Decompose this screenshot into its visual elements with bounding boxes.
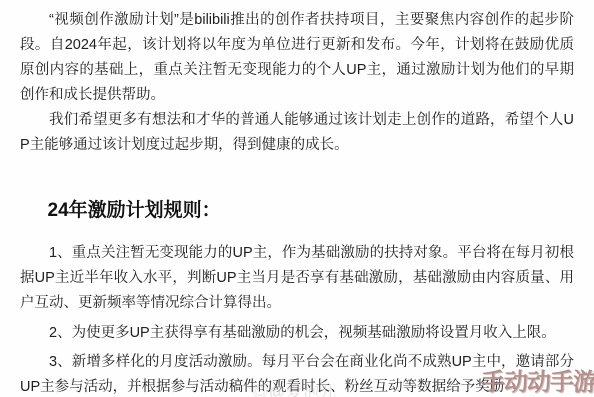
article-page: “视频创作激励计划”是bilibili推出的创作者扶持项目，主要聚焦内容创作的起…: [0, 0, 594, 397]
intro-paragraph-1: “视频创作激励计划”是bilibili推出的创作者扶持项目，主要聚焦内容创作的起…: [20, 8, 574, 108]
intro-paragraph-2: 我们希望更多有想法和才华的普通人能够通过该计划走上创作的道路，希望个人UP主能够…: [20, 108, 574, 158]
rule-item-3: 3、新增多样化的月度活动激励。每月平台会在商业化尚不成熟UP主中，邀请部分UP主…: [20, 350, 574, 397]
rule-item-1: 1、重点关注暂无变现能力的UP主，作为基础激励的扶持对象。平台将在每月初根据UP…: [20, 241, 574, 316]
rules-heading: 24年激励计划规则：: [20, 198, 574, 224]
rule-item-2: 2、为使更多UP主获得享有基础激励的机会，视频基础激励将设置月收入上限。: [20, 321, 574, 346]
